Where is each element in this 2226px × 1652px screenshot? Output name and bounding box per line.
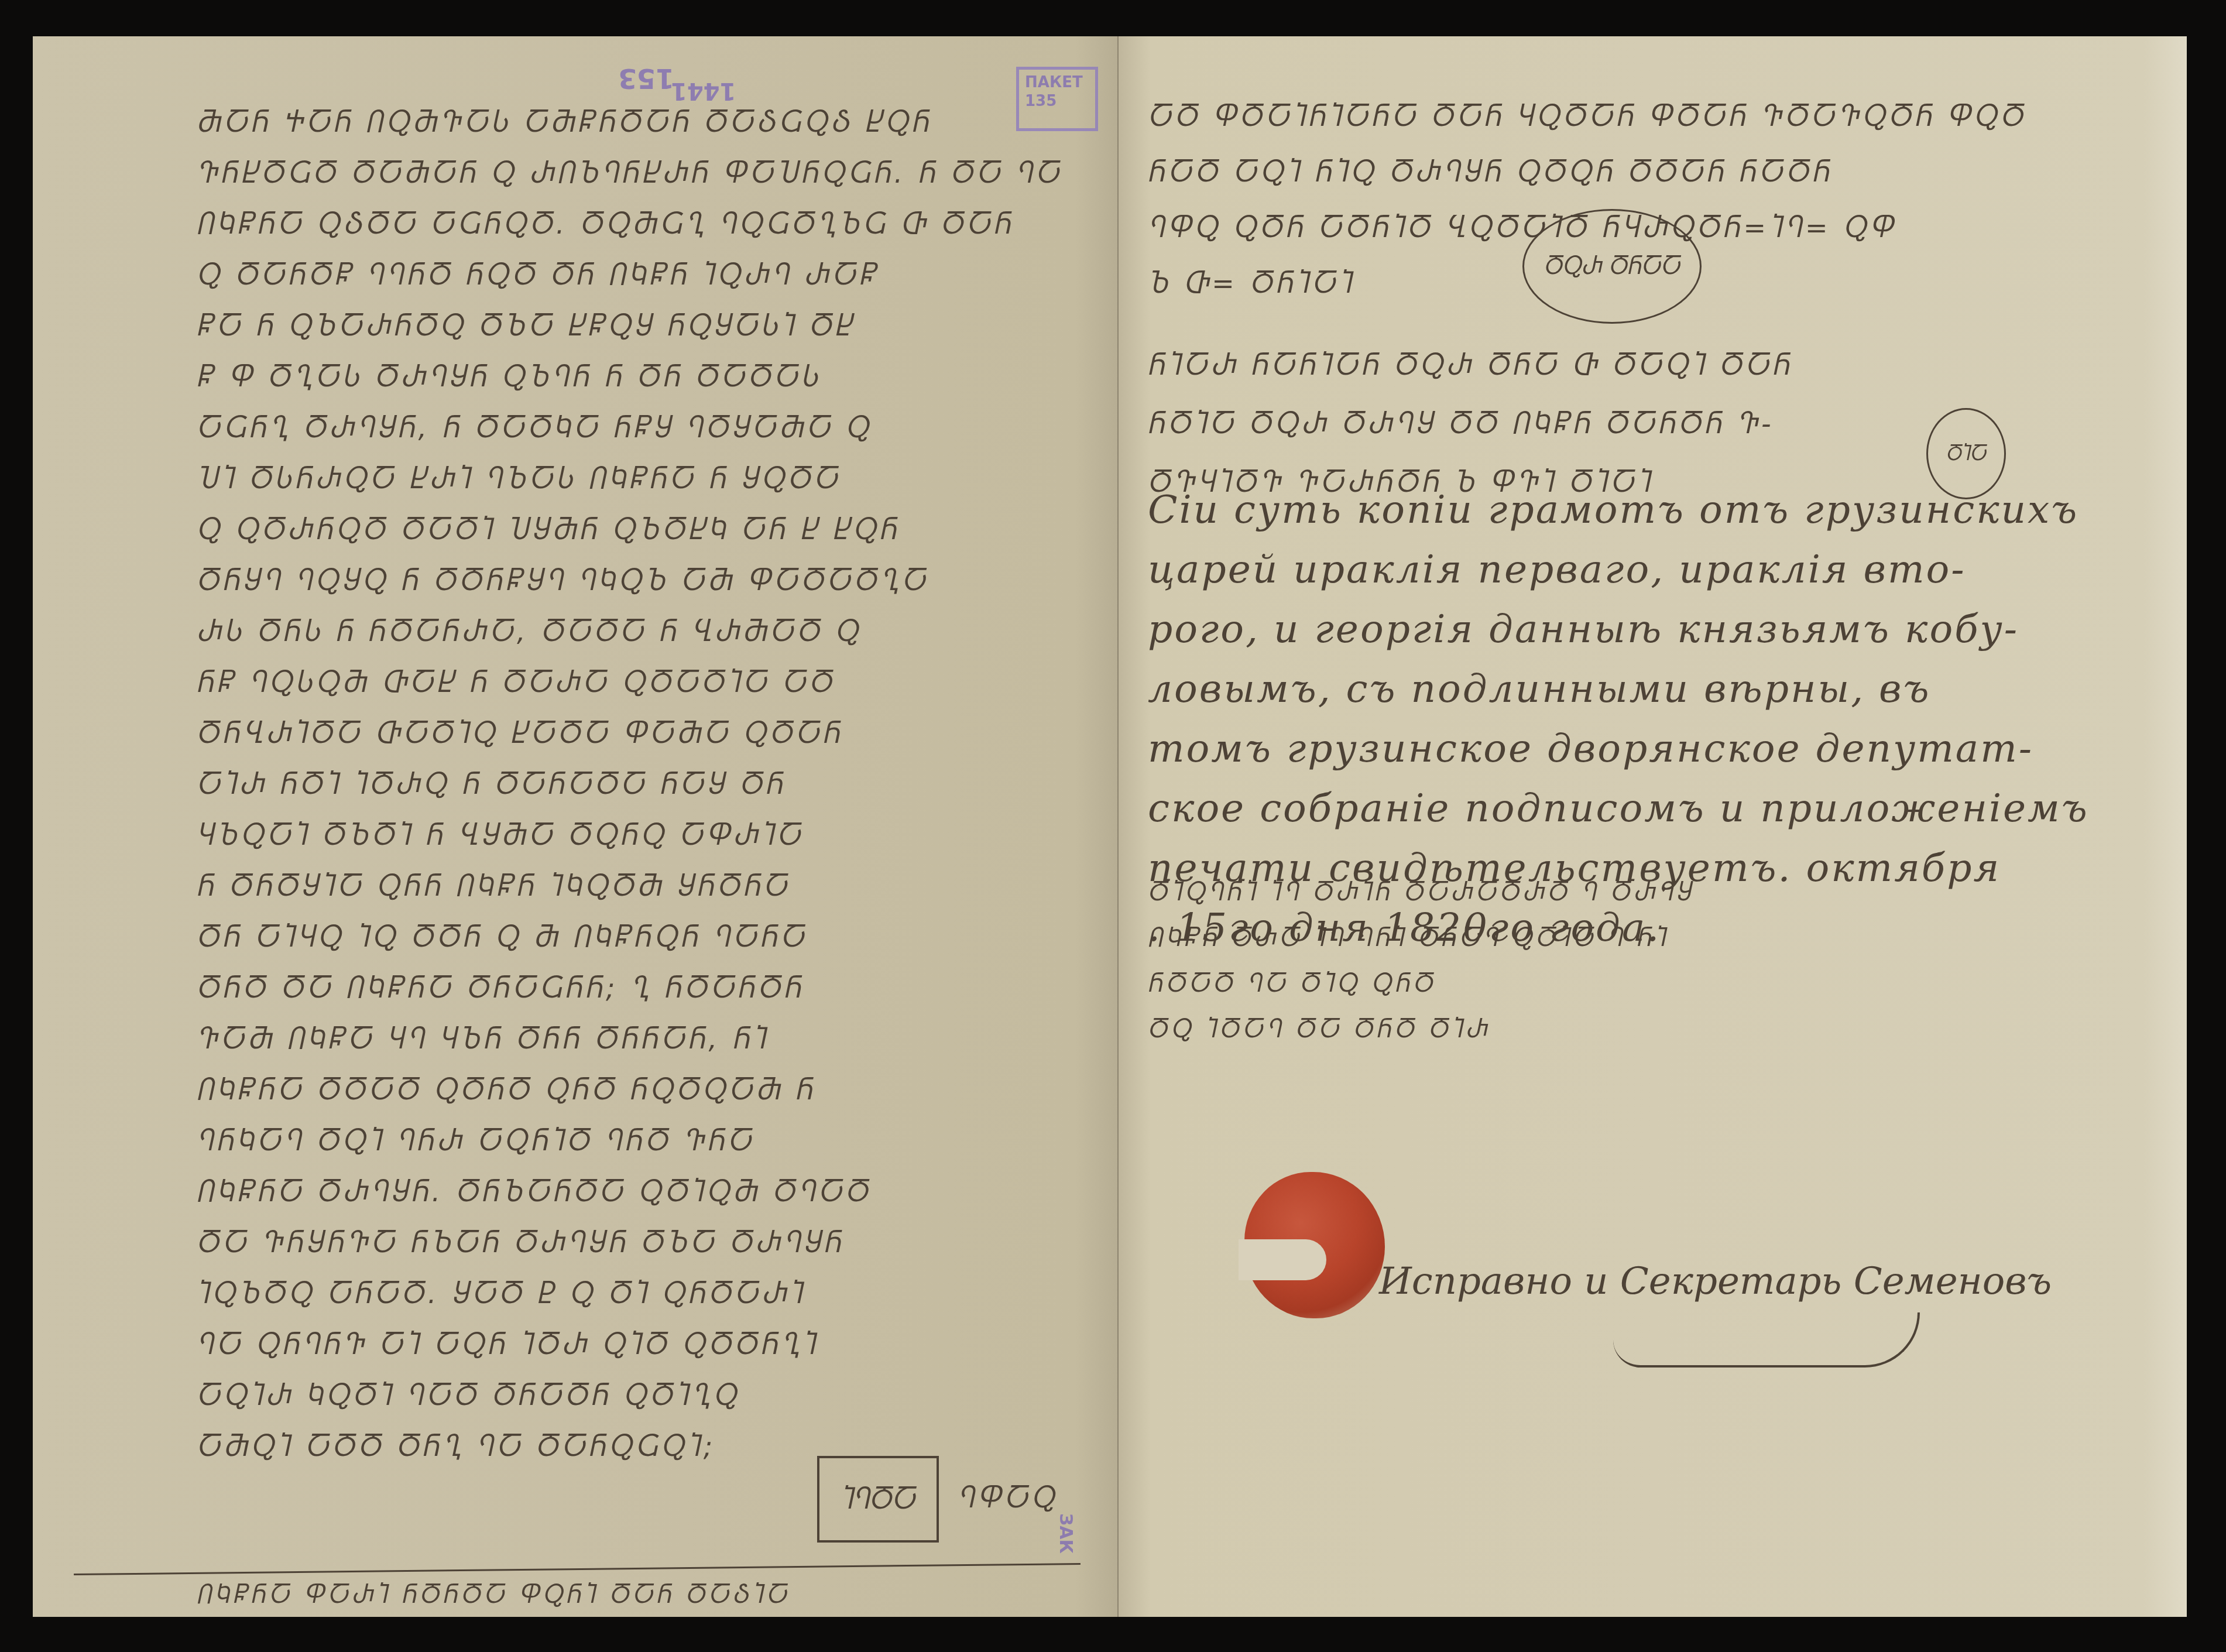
georgian-text-line: ႠႫႭႨ ႠႣႣ ႣႬႢ ႤႠ ႣႠႬႭႺႭႨ; xyxy=(197,1431,716,1462)
georgian-text-line: ႬႣႨႠ ႣႭႰ ႣႰႤႸ ႣႣ ႶႩႼႬ ႣႠႬႣႬ Ⴅ- xyxy=(1148,408,1775,440)
margin-stamp: ЗАК xyxy=(1055,1513,1076,1554)
russian-text-line: царей ираклія перваго, ираклія вто- xyxy=(1148,547,1966,592)
circled-annotation-2: ႣႨႠ xyxy=(1926,408,2006,499)
georgian-text-line: ႶႩႼႬႠ ႣႰႤႸႬ. ႣႬႦႠႬႣႠ ႭႣႨႭႫ ႣႤႠႣ xyxy=(197,1176,872,1208)
footnote-line: ႶႩႼႬႠ ႴႠႰႨ ႬႣႬႣႠ ႴႭႬႨ ႣႠႬ ႣႠჂႨႠ xyxy=(197,1582,790,1609)
seal-paper-strip xyxy=(1239,1239,1326,1280)
georgian-text-line: ႰႱ ႣႬႱ Ⴌ ႬႣႠႬႰႠ, ႣႠႣႠ Ⴌ ႡႰႫႠႣ Ⴍ xyxy=(197,616,862,647)
signature-flourish xyxy=(1613,1312,1920,1367)
secretary-signature: Исправно и Секретарь Семеновъ xyxy=(1379,1260,2052,1303)
georgian-text-line: ႮႨ ႣႱႬႰႭႠ ႾႰႨ ႤႦႠႱ ႶႩႼႬႠ Ⴌ ႸႭႣႠ xyxy=(197,463,841,495)
georgian-text-line: ႫႠႬ ႵႠႬ ႶႭႫႥႠႱ ႠႫႼႬႣႠႬ ႣႠჂႺႭჂ ႾႭႬ xyxy=(197,107,932,138)
georgian-text-line: ႥႠႫ ႶႩႼႠ ႷႤ ႷႦႬ ႣႬႬ ႣႬႬႠႬ, ႬႨ xyxy=(197,1023,769,1055)
georgian-text-line: ႣႭ ႨႣႠႤ ႣႠ ႣႬႣ ႣႨႰ xyxy=(1148,1016,1491,1043)
georgian-text-line: ႠႭႨႰ ႩႭႣႨ ႤႠႣ ႣႬႠႣႬ ႭႣႨႢႭ xyxy=(197,1380,740,1411)
archive-stamp-folio: 1441 xyxy=(671,77,736,104)
georgian-text-line: ႠႺႬႢ ႣႰႤႸႬ, Ⴌ ႣႠႣႩႠ ႬႼႸ ႤႣႸႠႫႠ Ⴍ xyxy=(197,412,872,444)
georgian-text-line: Ⴍ ႭႣႰႬႭႣ ႣႠႣႨ ႮႸႫႬ ႭႦႣႾႩ ႠႬ Ⴞ ႾႭႬ xyxy=(197,514,900,546)
georgian-text-line: ႣႬႣ ႣႠ ႶႩႼႬႠ ႣႬႠႺႬႬ; Ⴂ ႬႣႠႬႣႬ xyxy=(197,972,804,1004)
boxed-word: ႨႤႣႠ xyxy=(817,1456,939,1543)
georgian-text-line: ႠႨႰ ႬႣႨ ႨႣႰႭ Ⴌ ႣႠႬႠႣႠ ႬႠႸ ႣႬ xyxy=(197,769,786,800)
georgian-text-line: ႠႣ ႴႣႠႨႬႨႠႬႠ ႣႠႬ ႷႭႣႠႬ ႴႣႠႬ ႥႣႠႥႭႣႬ ႴႭႣ xyxy=(1148,101,2026,132)
footnote-rule xyxy=(74,1563,1081,1575)
left-page: 153 1441 ПАКЕТ 135 ႫႠႬ ႵႠႬ ႶႭႫႥႠႱ ႠႫႼႬႣႠ… xyxy=(33,36,1119,1617)
georgian-text-line: ႥႬႾႣႺႣ ႣႠႫႠႬ Ⴍ ႰႶႦႤႬႾႰႬ ႴႠႮႬႭႺႬ. Ⴌ ႣႠ ႤႠ xyxy=(197,157,1063,189)
georgian-text-line: ႤႠ ႭႬႤႬႥ ႠႨ ႠႭႬ ႨႣႰ ႭႨႣ ႭႣႣႬႢႨ xyxy=(197,1329,818,1360)
archive-stamp-number: 153 xyxy=(618,63,674,94)
russian-text-line: рого, и георгія данныѣ князьямъ кобу- xyxy=(1148,606,2019,652)
georgian-text-line: ႬႠႣ ႠႭႨ ႬႨႭ ႣႰႤႸႬ ႭႣႭႬ ႣႣႠႬ ႬႠႣႬ xyxy=(1148,156,1833,188)
georgian-text-line: ႼႠ Ⴌ ႭႦႠႰႬႣႭ ႣႦႠ ႾႼႭႸ ႬႭႸႠႱႨ ႣႾ xyxy=(197,310,855,342)
after-box-text: ႤႴႠႭ xyxy=(958,1482,1058,1514)
russian-text-line: ловымъ, съ подлинными вѣрны, въ xyxy=(1148,666,1931,711)
georgian-text-line: ႣႠ ႥႬႸႬႥႠ ႬႦႠႬ ႣႰႤႸႬ ႣႦႠ ႣႰႤႸႬ xyxy=(197,1227,845,1259)
georgian-text-line: ႬႨႠႰ ႬႠႬႨႠႬ ႣႭႰ ႣႬႠ Ⴇ ႣႠႭႨ ႣႠႬ xyxy=(1148,349,1793,381)
georgian-text-line: ႣႬႸႤ ႤႭႸႭ Ⴌ ႣႣႬႼႸႤ ႤႩႭႦ ႠႫ ႴႠႣႠႣႢႠ xyxy=(197,565,929,597)
georgian-text-line: ႣႨႭႤႬႨ ႨႤ ႣႰႨႬ ႣႠႰႠႣႰႣ Ⴄ ႣႰႤႸ xyxy=(1148,879,1695,906)
right-page: ႠႣ ႴႣႠႨႬႨႠႬႠ ႣႠႬ ႷႭႣႠႬ ႴႣႠႬ ႥႣႠႥႭႣႬ ႴႭႣႬ… xyxy=(1119,36,2187,1617)
georgian-text-line: ႶႩႼႬႠ ႭჂႣႠ ႠႺႬႭႣ. ႣႭႫႺႢ ႤႭႺႣႢႦႺ Ⴇ ႣႠႬ xyxy=(197,208,1014,240)
manuscript-spread: 153 1441 ПАКЕТ 135 ႫႠႬ ႵႠႬ ႶႭႫႥႠႱ ႠႫႼႬႣႠ… xyxy=(33,36,2187,1617)
circled-annotation-1: ႣႭႰ ႣႬႠႠ xyxy=(1522,209,1702,324)
georgian-text-line: Ⴍ ႣႠႬႣႼ ႤႤႬႣ ႬႭႣ ႣႬ ႶႩႼႬ ႨႭႰႤ ႰႠႼ xyxy=(197,259,879,291)
russian-text-line: ское собраніе подписомъ и приложеніемъ xyxy=(1148,786,2089,831)
georgian-text-line: Ⴜ Ⴔ ႣႢႠႱ ႣႰႤႸႬ ႭႦႤႬ Ⴌ ႣႬ ႣႠႣႠႱ xyxy=(197,361,822,393)
russian-text-line: томъ грузинское дворянское депутат- xyxy=(1148,726,2033,771)
archive-box-stamp: ПАКЕТ 135 xyxy=(1016,67,1098,131)
georgian-text-line: ႣႬႡႰႨႣႠ ႧႠႣႨႭ ႾႠႣႠ ႴႠႫႠ ႭႣႠႬ xyxy=(197,718,843,749)
georgian-text-line: Ⴆ Ⴇ= ႣႬႨႠႨ xyxy=(1148,268,1355,299)
georgian-text-line: ႨႭႦႣႭ ႠႬႠႣ. ႸႠႣ Ⴒ Ⴍ ႣႨ ႭႬႣႠႰႨ xyxy=(197,1278,805,1310)
georgian-text-line: ႣႬ ႠႨႷႭ ႨႭ ႣႣႬ Ⴍ Ⴋ ႶႩႼႬႭႬ ႤႠႬႠ xyxy=(197,921,808,953)
georgian-text-line: Ⴌ ႣႬႣႸႨႠ ႭႬႬ ႶႩႼႬ ႨႩႭႣႫ ႸႬႣႬႠ xyxy=(197,870,791,902)
russian-text-line: Сіи суть копіи грамотъ отъ грузинскихъ xyxy=(1148,487,2078,532)
georgian-text-line: ႬႣႠႣ ႤႠ ႣႨႭ ႭႬႣ xyxy=(1148,971,1436,998)
georgian-text-line: ႶႩႼႬ ႣႰႠ ႨႤ ႤႬႨ ႣႬႠႤ ႭႣႨႠ Ⴄ ႬႨ xyxy=(1148,925,1669,952)
georgian-text-line: ႷႦႭႠႨ ႣႦႣႨ Ⴌ ႡႸႫႠ ႣႭႬႭ ႠႴႰႨႠ xyxy=(197,820,804,851)
georgian-text-line: ႤႬႩႠႤ ႣႭႨ ႤႬႰ ႠႭႬႨႣ ႤႬႣ ႥႬႠ xyxy=(197,1125,755,1157)
georgian-text-line: ႬႼ ႤႭႱႭႫ ႧႠႾ Ⴌ ႣႠႰႠ ႭႣႠႣႨႠ ႠႣ xyxy=(197,667,835,698)
georgian-text-line: ႶႩႼႬႠ ႣႣႠႣ ႭႣႬႣ ႭႬႣ ႬႭႣႭႠႫ Ⴌ xyxy=(197,1074,816,1106)
georgian-text-line: ႤႴႭ ႭႣႬ ႠႣႬႨႣ ႡႭႣႠႨႣ ႬႷႰႭႣႬ=ႨႤ= ႭႴ xyxy=(1148,212,1896,244)
